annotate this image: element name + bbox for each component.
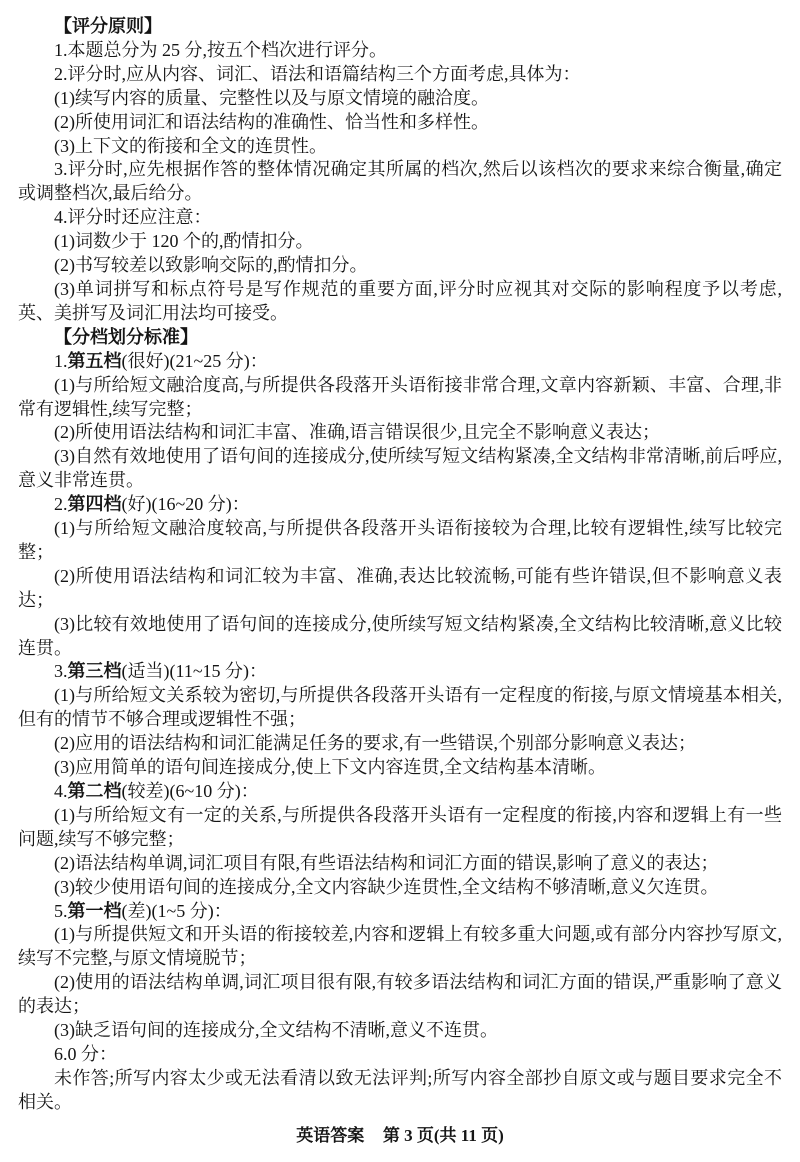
paragraph: (3)应用简单的语句间连接成分,使上下文内容连贯,全文结构基本清晰。	[18, 756, 782, 780]
bold-text-run: 第三档	[68, 661, 122, 681]
page-footer: 英语答案第 3 页(共 11 页)	[0, 1125, 800, 1147]
text-run: 3.评分时,应先根据作答的整体情况确定其所属的档次,然后以该档次的要求来综合衡量…	[18, 159, 782, 203]
text-run: 4.	[54, 781, 68, 801]
paragraph: 2.评分时,应从内容、词汇、语法和语篇结构三个方面考虑,具体为：	[18, 63, 782, 87]
footer-page-indicator: 第 3 页(共 11 页)	[383, 1126, 504, 1145]
text-run: (差)(1~5 分)：	[122, 901, 232, 921]
paragraph: (2)使用的语法结构单调,词汇项目很有限,有较多语法结构和词汇方面的错误,严重影…	[18, 971, 782, 1019]
paragraph: (3)单词拼写和标点符号是写作规范的重要方面,评分时应视其对交际的影响程度予以考…	[18, 278, 782, 326]
paragraph: (2)语法结构单调,词汇项目有限,有些语法结构和词汇方面的错误,影响了意义的表达…	[18, 852, 782, 876]
document-body: 【评分原则】1.本题总分为 25 分,按五个档次进行评分。2.评分时,应从内容、…	[0, 0, 800, 1115]
paragraph: (2)应用的语法结构和词汇能满足任务的要求,有一些错误,个别部分影响意义表达；	[18, 732, 782, 756]
paragraph: (2)书写较差以致影响交际的,酌情扣分。	[18, 254, 782, 278]
text-run: (2)所使用词汇和语法结构的准确性、恰当性和多样性。	[54, 112, 489, 132]
text-run: 4.评分时还应注意：	[54, 207, 212, 227]
paragraph: 1.本题总分为 25 分,按五个档次进行评分。	[18, 39, 782, 63]
text-run: (1)与所提供短文和开头语的衔接较差,内容和逻辑上有较多重大问题,或有部分内容抄…	[18, 924, 782, 968]
text-run: (1)与所给短文融洽度高,与所提供各段落开头语衔接非常合理,文章内容新颖、丰富、…	[18, 375, 782, 419]
paragraph: (2)所使用词汇和语法结构的准确性、恰当性和多样性。	[18, 111, 782, 135]
text-run: (3)应用简单的语句间连接成分,使上下文内容连贯,全文结构基本清晰。	[54, 757, 606, 777]
text-run: (3)自然有效地使用了语句间的连接成分,使所续写短文结构紧凑,全文结构非常清晰,…	[18, 446, 782, 490]
text-run: (2)使用的语法结构单调,词汇项目很有限,有较多语法结构和词汇方面的错误,严重影…	[18, 972, 782, 1016]
paragraph: (3)缺乏语句间的连接成分,全文结构不清晰,意义不连贯。	[18, 1019, 782, 1043]
paragraph: (1)续写内容的质量、完整性以及与原文情境的融洽度。	[18, 87, 782, 111]
paragraph: (3)自然有效地使用了语句间的连接成分,使所续写短文结构紧凑,全文结构非常清晰,…	[18, 445, 782, 493]
paragraph: 未作答;所写内容太少或无法看清以致无法评判;所写内容全部抄自原文或与题目要求完全…	[18, 1067, 782, 1115]
paragraph: (2)所使用语法结构和词汇丰富、准确,语言错误很少,且完全不影响意义表达；	[18, 421, 782, 445]
text-run: (1)与所给短文关系较为密切,与所提供各段落开头语有一定程度的衔接,与原文情境基…	[18, 685, 782, 729]
paragraph: 4.评分时还应注意：	[18, 206, 782, 230]
text-run: 未作答;所写内容太少或无法看清以致无法评判;所写内容全部抄自原文或与题目要求完全…	[18, 1068, 782, 1112]
paragraph: 2.第四档(好)(16~20 分)：	[18, 493, 782, 517]
paragraph: 6.0 分：	[18, 1043, 782, 1067]
text-run: (适当)(11~15 分)：	[122, 661, 268, 681]
text-run: (1)与所给短文融洽度较高,与所提供各段落开头语衔接较为合理,比较有逻辑性,续写…	[18, 518, 782, 562]
text-run: (较差)(6~10 分)：	[122, 781, 259, 801]
text-run: 1.本题总分为 25 分,按五个档次进行评分。	[54, 40, 387, 60]
text-run: 2.	[54, 494, 68, 514]
paragraph: 3.第三档(适当)(11~15 分)：	[18, 660, 782, 684]
text-run: (2)书写较差以致影响交际的,酌情扣分。	[54, 255, 368, 275]
paragraph: 1.第五档(很好)(21~25 分)：	[18, 350, 782, 374]
text-run: (1)词数少于 120 个的,酌情扣分。	[54, 231, 314, 251]
bold-text-run: 第一档	[68, 901, 122, 921]
bold-text-run: 第五档	[68, 351, 122, 371]
text-run: (好)(16~20 分)：	[122, 494, 250, 514]
paragraph: (2)所使用语法结构和词汇较为丰富、准确,表达比较流畅,可能有些许错误,但不影响…	[18, 565, 782, 613]
text-run: (3)较少使用语句间的连接成分,全文内容缺少连贯性,全文结构不够清晰,意义欠连贯…	[54, 877, 719, 897]
paragraph: (3)较少使用语句间的连接成分,全文内容缺少连贯性,全文结构不够清晰,意义欠连贯…	[18, 876, 782, 900]
text-run: (很好)(21~25 分)：	[122, 351, 268, 371]
paragraph: 4.第二档(较差)(6~10 分)：	[18, 780, 782, 804]
text-run: 1.	[54, 351, 68, 371]
text-run: (2)应用的语法结构和词汇能满足任务的要求,有一些错误,个别部分影响意义表达；	[54, 733, 696, 753]
text-run: 2.评分时,应从内容、词汇、语法和语篇结构三个方面考虑,具体为：	[54, 64, 581, 84]
text-run: (1)与所给短文有一定的关系,与所提供各段落开头语有一定程度的衔接,内容和逻辑上…	[18, 805, 782, 849]
section-heading: 【评分原则】	[18, 15, 782, 39]
paragraph: 3.评分时,应先根据作答的整体情况确定其所属的档次,然后以该档次的要求来综合衡量…	[18, 158, 782, 206]
text-run: (2)所使用语法结构和词汇丰富、准确,语言错误很少,且完全不影响意义表达；	[54, 422, 660, 442]
document-page: 【评分原则】1.本题总分为 25 分,按五个档次进行评分。2.评分时,应从内容、…	[0, 0, 800, 1162]
text-run: 3.	[54, 661, 68, 681]
paragraph: (1)与所给短文融洽度较高,与所提供各段落开头语衔接较为合理,比较有逻辑性,续写…	[18, 517, 782, 565]
text-run: (2)语法结构单调,词汇项目有限,有些语法结构和词汇方面的错误,影响了意义的表达…	[54, 853, 719, 873]
text-run: (3)缺乏语句间的连接成分,全文结构不清晰,意义不连贯。	[54, 1020, 498, 1040]
paragraph: (1)与所提供短文和开头语的衔接较差,内容和逻辑上有较多重大问题,或有部分内容抄…	[18, 923, 782, 971]
footer-doc-title: 英语答案	[296, 1126, 364, 1145]
paragraph: (1)与所给短文关系较为密切,与所提供各段落开头语有一定程度的衔接,与原文情境基…	[18, 684, 782, 732]
paragraph: (1)与所给短文融洽度高,与所提供各段落开头语衔接非常合理,文章内容新颖、丰富、…	[18, 374, 782, 422]
text-run: (2)所使用语法结构和词汇较为丰富、准确,表达比较流畅,可能有些许错误,但不影响…	[18, 566, 782, 610]
section-heading: 【分档划分标准】	[18, 326, 782, 350]
bold-text-run: 【分档划分标准】	[54, 327, 198, 347]
text-run: (3)上下文的衔接和全文的连贯性。	[54, 136, 327, 156]
paragraph: 5.第一档(差)(1~5 分)：	[18, 900, 782, 924]
bold-text-run: 第四档	[68, 494, 122, 514]
text-run: (3)比较有效地使用了语句间的连接成分,使所续写短文结构紧凑,全文结构比较清晰,…	[18, 614, 782, 658]
bold-text-run: 【评分原则】	[54, 16, 162, 36]
paragraph: (3)上下文的衔接和全文的连贯性。	[18, 135, 782, 159]
text-run: 6.0 分：	[54, 1044, 117, 1064]
paragraph: (1)词数少于 120 个的,酌情扣分。	[18, 230, 782, 254]
text-run: 5.	[54, 901, 68, 921]
paragraph: (3)比较有效地使用了语句间的连接成分,使所续写短文结构紧凑,全文结构比较清晰,…	[18, 613, 782, 661]
text-run: (1)续写内容的质量、完整性以及与原文情境的融洽度。	[54, 88, 489, 108]
text-run: (3)单词拼写和标点符号是写作规范的重要方面,评分时应视其对交际的影响程度予以考…	[18, 279, 782, 323]
paragraph: (1)与所给短文有一定的关系,与所提供各段落开头语有一定程度的衔接,内容和逻辑上…	[18, 804, 782, 852]
bold-text-run: 第二档	[68, 781, 122, 801]
